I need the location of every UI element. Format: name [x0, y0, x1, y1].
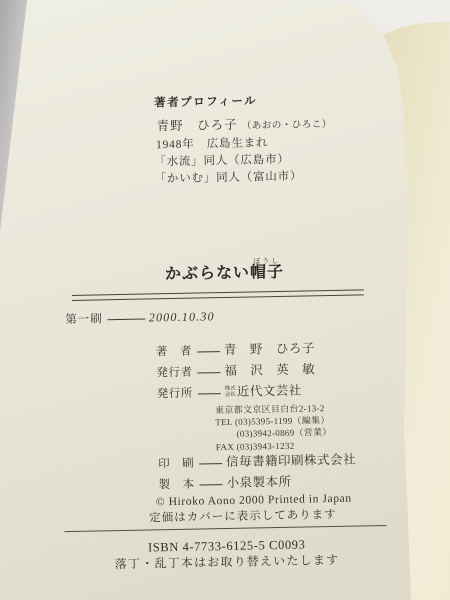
credit-label-printer: 印 刷 — [158, 459, 195, 471]
book-title-base: 帽子 — [250, 264, 284, 282]
book-title-ruby-group: ぼうし帽子 — [250, 265, 284, 282]
edition-label: 第一刷 — [65, 313, 103, 326]
leader-dash — [107, 318, 145, 320]
author-name: 青野 ひろ子 — [157, 118, 238, 134]
page-content: 著者プロフィール 青野 ひろ子 （あおの・ひろこ） 1948年 広島生まれ 「水… — [0, 0, 450, 600]
author-affiliation-2: 「かいむ」同人（富山市） — [155, 171, 303, 185]
leader-dash — [197, 372, 220, 374]
edition-row: 第一刷2000.10.30 — [65, 310, 215, 326]
credit-row-publisher: 発行所株式会社近代文芸社 — [157, 385, 302, 402]
author-name-line: 青野 ひろ子 （あおの・ひろこ） — [157, 117, 332, 134]
credit-value-author: 青 野 ひろ子 — [224, 341, 315, 357]
leader-dash — [200, 484, 223, 486]
credit-row-author: 著 者青 野 ひろ子 — [156, 342, 315, 359]
author-birth: 1948年 広島生まれ — [156, 138, 269, 152]
publisher-fax: FAX (03)3943-1232 — [216, 439, 332, 453]
credit-label-binder: 製 本 — [158, 480, 195, 492]
publisher-address-block: 東京都文京区目白台2-13-2 TEL (03)5395-1199（編集） (0… — [215, 402, 332, 453]
credit-row-binder: 製 本小泉製本所 — [158, 476, 291, 492]
author-profile-heading: 著者プロフィール — [154, 96, 257, 109]
colophon-page: 著者プロフィール 青野 ひろ子 （あおの・ひろこ） 1948年 広島生まれ 「水… — [0, 0, 450, 600]
price-note: 定価はカバーに表示してあります — [149, 510, 337, 525]
credit-label-issuer: 発行者 — [156, 368, 193, 380]
publisher-tel-2: (03)3942-0869（営業） — [236, 426, 331, 440]
book-title: かぶらないぼうし帽子 — [0, 262, 450, 287]
copyright-notice: © Hiroko Aono 2000 Printed in Japan — [156, 494, 352, 509]
book-colophon-photo: 著者プロフィール 青野 ひろ子 （あおの・ひろこ） 1948年 広島生まれ 「水… — [0, 0, 450, 600]
book-title-prefix: かぶらない — [165, 265, 250, 284]
credit-label-author: 著 者 — [156, 347, 193, 359]
author-affiliation-1: 「水流」同人（広島市） — [154, 155, 290, 169]
book-title-furigana: ぼうし — [253, 258, 280, 266]
author-name-reading: （あおの・ひろこ） — [242, 120, 332, 132]
edition-date: 2000.10.30 — [149, 309, 215, 324]
leader-dash — [198, 393, 221, 395]
credit-value-issuer: 福 沢 英 敏 — [224, 362, 315, 378]
double-rule — [72, 289, 364, 300]
footer-rule — [64, 525, 386, 532]
credit-value-publisher: 近代文芸社 — [237, 384, 302, 399]
credit-row-issuer: 発行者福 沢 英 敏 — [156, 363, 315, 380]
credit-row-printer: 印 刷信毎書籍印刷株式会社 — [158, 454, 356, 471]
credit-label-publisher: 発行所 — [157, 389, 194, 401]
kabushiki-gaisha-prefix: 株式会社 — [225, 386, 236, 398]
credit-value-printer: 信毎書籍印刷株式会社 — [226, 453, 356, 469]
leader-dash — [199, 463, 222, 465]
leader-dash — [197, 351, 220, 353]
credit-value-binder: 小泉製本所 — [226, 475, 291, 490]
